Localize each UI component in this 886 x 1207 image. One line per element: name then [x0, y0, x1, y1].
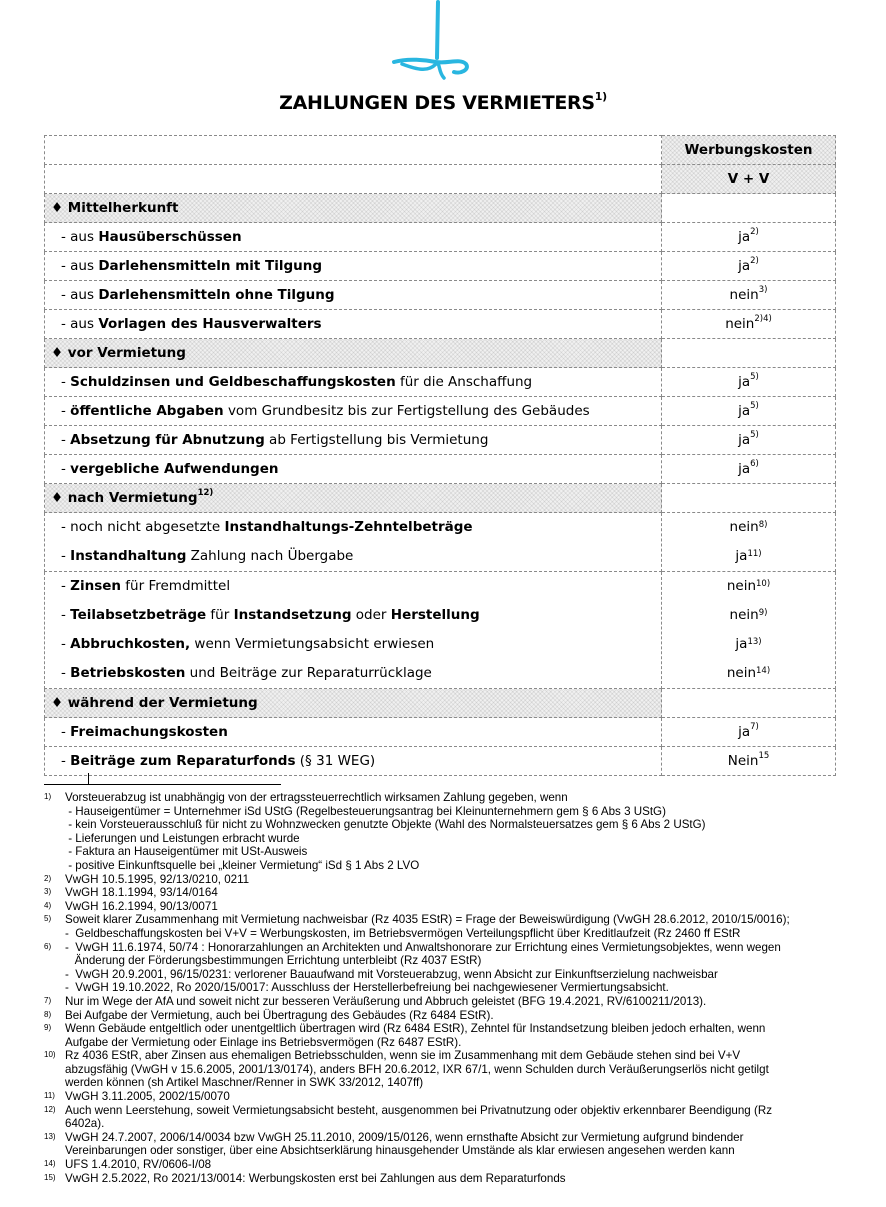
label-bold: Teilabsetzbeträge — [70, 607, 206, 623]
table-row-group: - Zinsen für Fremdmittel- Teilabsetzbetr… — [45, 572, 836, 689]
footnote-ref: 12) — [198, 488, 214, 498]
value-text: ja — [738, 724, 750, 740]
label-bold: Hausüberschüssen — [98, 229, 241, 245]
label-text: - aus — [61, 287, 98, 303]
footnote-line: VwGH 2.5.2022, Ro 2021/13/0014: Werbungs… — [65, 1172, 844, 1186]
label-text: - — [61, 461, 70, 477]
value-text: nein — [727, 665, 756, 681]
footnote-text: Bei Aufgabe der Vermietung, auch bei Übe… — [65, 1009, 844, 1023]
label-bold: öffentliche Abgaben — [70, 403, 223, 419]
value-text: nein — [725, 316, 754, 332]
footnote-ref: 10) — [756, 579, 770, 589]
section-title: ♦ während der Vermietung — [45, 689, 662, 718]
row-label-group: - noch nicht abgesetzte Instandhaltungs-… — [45, 513, 662, 572]
footnote-text: VwGH 18.1.1994, 93/14/0164 — [65, 886, 844, 900]
footnote-text: VwGH 10.5.1995, 92/13/0210, 0211 — [65, 873, 844, 887]
subheader-row: V + V — [45, 165, 836, 194]
row-value: ja6) — [662, 455, 836, 484]
label-text: für die Anschaffung — [396, 374, 532, 390]
footnote-ref: 5) — [750, 430, 759, 440]
section-value-empty — [662, 484, 836, 513]
row-label: - aus Vorlagen des Hausverwalters — [45, 310, 662, 339]
footnote-text: - VwGH 11.6.1974, 50/74 : Honorarzahlung… — [65, 941, 844, 995]
row-value: ja5) — [662, 397, 836, 426]
footnote-line: Rz 4036 EStR, aber Zinsen aus ehemaligen… — [65, 1049, 844, 1063]
section-row: ♦ während der Vermietung — [45, 689, 836, 718]
footnote-number: 13) — [44, 1131, 65, 1158]
row-label: - aus Darlehensmitteln ohne Tilgung — [45, 281, 662, 310]
label-text: - — [61, 665, 70, 681]
label-text: - — [61, 724, 70, 740]
footnote-ref: 15 — [758, 751, 769, 761]
row-value: Nein15 — [662, 747, 836, 776]
label-bold: Instandhaltungs-Zehntelbeträge — [224, 519, 472, 535]
row-label: - Abbruchkosten, wenn Vermietungsabsicht… — [61, 630, 661, 659]
footnote-number: 10) — [44, 1049, 65, 1090]
payments-table: Werbungskosten V + V ♦ Mittelherkunft- a… — [44, 135, 836, 776]
column-header-werbungskosten: Werbungskosten — [662, 136, 836, 165]
footnote-number: 12) — [44, 1104, 65, 1131]
section-value-empty — [662, 339, 836, 368]
row-label: - Schuldzinsen und Geldbeschaffungskoste… — [45, 368, 662, 397]
row-value: ja2) — [662, 223, 836, 252]
footnote-ref: 2)4) — [754, 314, 771, 324]
label-text: vom Grundbesitz bis zur Fertigstellung d… — [224, 403, 590, 419]
footnote-line: Aufgabe der Vermietung oder Einlage ins … — [65, 1036, 844, 1050]
footnote: 8)Bei Aufgabe der Vermietung, auch bei Ü… — [44, 1009, 844, 1023]
row-value: nein14) — [662, 659, 835, 688]
label-text: für Fremdmittel — [121, 578, 230, 594]
row-value: nein9) — [662, 601, 835, 630]
section-value-empty — [662, 194, 836, 223]
footnote-line: Vorsteuerabzug ist unabhängig von der er… — [65, 791, 844, 805]
label-bold: Instandhaltung — [70, 548, 186, 564]
footnote-ref: 3) — [759, 285, 768, 295]
label-text: (§ 31 WEG) — [296, 753, 376, 769]
footnote: 7)Nur im Wege der AfA und soweit nicht z… — [44, 995, 844, 1009]
footnote-text: Rz 4036 EStR, aber Zinsen aus ehemaligen… — [65, 1049, 844, 1090]
footnote-line: - positive Einkunftsquelle bei „kleiner … — [65, 859, 844, 873]
row-label: - Absetzung für Abnutzung ab Fertigstell… — [45, 426, 662, 455]
label-bold: vergebliche Aufwendungen — [70, 461, 278, 477]
footnote-divider-tick — [88, 773, 89, 784]
value-text: ja — [735, 636, 747, 652]
label-bold: Beiträge zum Reparaturfonds — [70, 753, 295, 769]
footnote-text: VwGH 3.11.2005, 2002/15/0070 — [65, 1090, 844, 1104]
page-title: ZAHLUNGEN DES VERMIETERS1) — [0, 92, 886, 114]
footnote-divider — [44, 784, 281, 785]
label-text: - — [61, 374, 70, 390]
row-label-group: - Zinsen für Fremdmittel- Teilabsetzbetr… — [45, 572, 662, 689]
row-value: nein3) — [662, 281, 836, 310]
footnote-line: - VwGH 11.6.1974, 50/74 : Honorarzahlung… — [65, 941, 844, 955]
row-value: ja13) — [662, 630, 835, 659]
value-text: nein — [730, 287, 759, 303]
label-bold: Schuldzinsen und Geldbeschaffungskosten — [70, 374, 396, 390]
footnote-number: 15) — [44, 1172, 65, 1186]
label-bold: Absetzung für Abnutzung — [70, 432, 265, 448]
row-label: - vergebliche Aufwendungen — [45, 455, 662, 484]
footnote-ref: 2) — [750, 227, 759, 237]
footnote-ref: 11) — [747, 549, 761, 559]
row-value-group: nein8)ja11) — [662, 513, 836, 572]
section-row: ♦ nach Vermietung12) — [45, 484, 836, 513]
footnote-number: 9) — [44, 1022, 65, 1049]
label-bold: Vorlagen des Hausverwalters — [98, 316, 321, 332]
footnote-ref: 14) — [756, 666, 770, 676]
footnote: 3)VwGH 18.1.1994, 93/14/0164 — [44, 886, 844, 900]
label-text: - aus — [61, 316, 98, 332]
label-bold: Zinsen — [70, 578, 121, 594]
value-text: ja — [738, 258, 750, 274]
value-text: ja — [738, 403, 750, 419]
footnote-line: VwGH 24.7.2007, 2006/14/0034 bzw VwGH 25… — [65, 1131, 844, 1145]
signature-logo-icon — [388, 0, 488, 88]
label-text: - — [61, 753, 70, 769]
footnote-text: VwGH 24.7.2007, 2006/14/0034 bzw VwGH 25… — [65, 1131, 844, 1158]
table-row: - aus Hausüberschüssenja2) — [45, 223, 836, 252]
row-label: - noch nicht abgesetzte Instandhaltungs-… — [61, 513, 661, 542]
footnote-line: Bei Aufgabe der Vermietung, auch bei Übe… — [65, 1009, 844, 1023]
row-value-group: nein10)nein9)ja13)nein14) — [662, 572, 836, 689]
footnote-line: - Geldbeschaffungskosten bei V+V = Werbu… — [65, 927, 844, 941]
row-label: - Betriebskosten und Beiträge zur Repara… — [61, 659, 661, 688]
table-row: - aus Darlehensmitteln ohne Tilgungnein3… — [45, 281, 836, 310]
table-row: - vergebliche Aufwendungenja6) — [45, 455, 836, 484]
section-value-empty — [662, 689, 836, 718]
label-text: für — [206, 607, 233, 623]
label-bold: Freimachungskosten — [70, 724, 228, 740]
label-text: ab Fertigstellung bis Vermietung — [265, 432, 489, 448]
footnote-line: VwGH 3.11.2005, 2002/15/0070 — [65, 1090, 844, 1104]
footnote-number: 6) — [44, 941, 65, 995]
footnote-line: Soweit klarer Zusammenhang mit Vermietun… — [65, 913, 844, 927]
footnote: 5)Soweit klarer Zusammenhang mit Vermiet… — [44, 913, 844, 940]
header-row: Werbungskosten — [45, 136, 836, 165]
footnote: 1)Vorsteuerabzug ist unabhängig von der … — [44, 791, 844, 873]
label-bold: Instandsetzung — [234, 607, 352, 623]
footnote-line: werden können (sh Artikel Maschner/Renne… — [65, 1076, 844, 1090]
label-bold: Betriebskosten — [70, 665, 185, 681]
table-row: - Schuldzinsen und Geldbeschaffungskoste… — [45, 368, 836, 397]
footnote: 6)- VwGH 11.6.1974, 50/74 : Honorarzahlu… — [44, 941, 844, 995]
footnote-number: 4) — [44, 900, 65, 914]
label-text: - — [61, 636, 70, 652]
footnote-text: VwGH 2.5.2022, Ro 2021/13/0014: Werbungs… — [65, 1172, 844, 1186]
table-row: - Absetzung für Abnutzung ab Fertigstell… — [45, 426, 836, 455]
value-text: ja — [738, 432, 750, 448]
footnote: 14)UFS 1.4.2010, RV/0606-I/08 — [44, 1158, 844, 1172]
row-value: ja7) — [662, 718, 836, 747]
footnote: 13)VwGH 24.7.2007, 2006/14/0034 bzw VwGH… — [44, 1131, 844, 1158]
label-text: - — [61, 548, 70, 564]
footnote-line: - Faktura an Hauseigentümer mit USt-Ausw… — [65, 845, 844, 859]
footnote-line: UFS 1.4.2010, RV/0606-I/08 — [65, 1158, 844, 1172]
label-text: - — [61, 607, 70, 623]
footnote-line: VwGH 10.5.1995, 92/13/0210, 0211 — [65, 873, 844, 887]
footnote-line: - kein Vorsteuerausschluß für nicht zu W… — [65, 818, 844, 832]
footnote-text: Nur im Wege der AfA und soweit nicht zur… — [65, 995, 844, 1009]
section-title: ♦ Mittelherkunft — [45, 194, 662, 223]
label-text: - — [61, 403, 70, 419]
row-value: ja2) — [662, 252, 836, 281]
row-label: - öffentliche Abgaben vom Grundbesitz bi… — [45, 397, 662, 426]
footnote-number: 8) — [44, 1009, 65, 1023]
table-row: - Freimachungskostenja7) — [45, 718, 836, 747]
footnote: 4)VwGH 16.2.1994, 90/13/0071 — [44, 900, 844, 914]
label-bold: Darlehensmitteln ohne Tilgung — [98, 287, 334, 303]
footnote-number: 14) — [44, 1158, 65, 1172]
label-text: - — [61, 578, 70, 594]
row-label: - aus Darlehensmitteln mit Tilgung — [45, 252, 662, 281]
label-text: Zahlung nach Übergabe — [186, 548, 353, 564]
footnote-line: Nur im Wege der AfA und soweit nicht zur… — [65, 995, 844, 1009]
footnote: 2)VwGH 10.5.1995, 92/13/0210, 0211 — [44, 873, 844, 887]
row-value: nein10) — [662, 572, 835, 601]
column-subheader-vv: V + V — [662, 165, 836, 194]
row-value: ja11) — [662, 542, 835, 571]
row-value: ja5) — [662, 426, 836, 455]
footnote: 11)VwGH 3.11.2005, 2002/15/0070 — [44, 1090, 844, 1104]
value-text: Nein — [728, 753, 759, 769]
row-label: - Freimachungskosten — [45, 718, 662, 747]
value-text: nein — [730, 607, 759, 623]
table-row: - aus Darlehensmitteln mit Tilgungja2) — [45, 252, 836, 281]
row-label: - Beiträge zum Reparaturfonds (§ 31 WEG) — [45, 747, 662, 776]
footnote-line: - Hauseigentümer = Unternehmer iSd UStG … — [65, 805, 844, 819]
row-value: nein8) — [662, 513, 835, 542]
footnote-text: VwGH 16.2.1994, 90/13/0071 — [65, 900, 844, 914]
footnote-ref: 13) — [747, 637, 761, 647]
footnote-ref: 5) — [750, 401, 759, 411]
footnote-ref: 9) — [759, 608, 768, 618]
footnote-line: Auch wenn Leerstehung, soweit Vermietung… — [65, 1104, 844, 1118]
value-text: nein — [730, 519, 759, 535]
label-text: - aus — [61, 258, 98, 274]
footnote-line: Vereinbarungen oder sonstiger, über eine… — [65, 1144, 844, 1158]
footnote-number: 11) — [44, 1090, 65, 1104]
value-text: ja — [738, 229, 750, 245]
footnote-text: Soweit klarer Zusammenhang mit Vermietun… — [65, 913, 844, 940]
footnote-number: 7) — [44, 995, 65, 1009]
footnote-line: 6402a). — [65, 1117, 844, 1131]
label-bold: Herstellung — [391, 607, 480, 623]
section-row: ♦ vor Vermietung — [45, 339, 836, 368]
footnote-number: 5) — [44, 913, 65, 940]
row-label: - Teilabsetzbeträge für Instandsetzung o… — [61, 601, 661, 630]
footnote-line: VwGH 16.2.1994, 90/13/0071 — [65, 900, 844, 914]
footnote-number: 1) — [44, 791, 65, 873]
table-row: - öffentliche Abgaben vom Grundbesitz bi… — [45, 397, 836, 426]
footnote: 10)Rz 4036 EStR, aber Zinsen aus ehemali… — [44, 1049, 844, 1090]
footnote-ref: 5) — [750, 372, 759, 382]
footnote-line: - VwGH 20.9.2001, 96/15/0231: verlorener… — [65, 968, 844, 982]
label-text: und Beiträge zur Reparaturrücklage — [185, 665, 432, 681]
value-text: ja — [738, 461, 750, 477]
footnote: 15)VwGH 2.5.2022, Ro 2021/13/0014: Werbu… — [44, 1172, 844, 1186]
footnote-line: Wenn Gebäude entgeltlich oder unentgeltl… — [65, 1022, 844, 1036]
footnote-text: UFS 1.4.2010, RV/0606-I/08 — [65, 1158, 844, 1172]
footnotes: 1)Vorsteuerabzug ist unabhängig von der … — [44, 791, 844, 1185]
row-label: - Zinsen für Fremdmittel — [61, 572, 661, 601]
footnote-ref: 8) — [759, 520, 768, 530]
footnote-line: Änderung der Förderungsbestimmungen Erri… — [65, 954, 844, 968]
value-text: ja — [738, 374, 750, 390]
footnote-line: VwGH 18.1.1994, 93/14/0164 — [65, 886, 844, 900]
label-text: - noch nicht abgesetzte — [61, 519, 224, 535]
footnote-text: Auch wenn Leerstehung, soweit Vermietung… — [65, 1104, 844, 1131]
row-value: nein2)4) — [662, 310, 836, 339]
footnote: 9)Wenn Gebäude entgeltlich oder unentgel… — [44, 1022, 844, 1049]
section-title: ♦ nach Vermietung12) — [45, 484, 662, 513]
footnote-ref: 7) — [750, 722, 759, 732]
table-row: - Beiträge zum Reparaturfonds (§ 31 WEG)… — [45, 747, 836, 776]
label-text: - aus — [61, 229, 98, 245]
label-text: - — [61, 432, 70, 448]
label-bold: Abbruchkosten, — [70, 636, 190, 652]
section-title: ♦ vor Vermietung — [45, 339, 662, 368]
row-value: ja5) — [662, 368, 836, 397]
table-row-group: - noch nicht abgesetzte Instandhaltungs-… — [45, 513, 836, 572]
footnote-ref: 6) — [750, 459, 759, 469]
label-text: wenn Vermietungsabsicht erwiesen — [190, 636, 434, 652]
label-text: oder — [352, 607, 391, 623]
footnote-text: Vorsteuerabzug ist unabhängig von der er… — [65, 791, 844, 873]
footnote-ref: 2) — [750, 256, 759, 266]
row-label: - Instandhaltung Zahlung nach Übergabe — [61, 542, 661, 571]
row-label: - aus Hausüberschüssen — [45, 223, 662, 252]
value-text: nein — [727, 578, 756, 594]
footnote-line: abzugsfähig (VwGH v 15.6.2005, 2001/13/0… — [65, 1063, 844, 1077]
footnote: 12)Auch wenn Leerstehung, soweit Vermiet… — [44, 1104, 844, 1131]
footnote-line: - VwGH 19.10.2022, Ro 2020/15/0017: Auss… — [65, 981, 844, 995]
table-row: - aus Vorlagen des Hausverwaltersnein2)4… — [45, 310, 836, 339]
value-text: ja — [735, 548, 747, 564]
label-bold: Darlehensmitteln mit Tilgung — [98, 258, 322, 274]
footnote-text: Wenn Gebäude entgeltlich oder unentgeltl… — [65, 1022, 844, 1049]
footnote-number: 3) — [44, 886, 65, 900]
section-row: ♦ Mittelherkunft — [45, 194, 836, 223]
footnote-number: 2) — [44, 873, 65, 887]
footnote-line: - Lieferungen und Leistungen erbracht wu… — [65, 832, 844, 846]
